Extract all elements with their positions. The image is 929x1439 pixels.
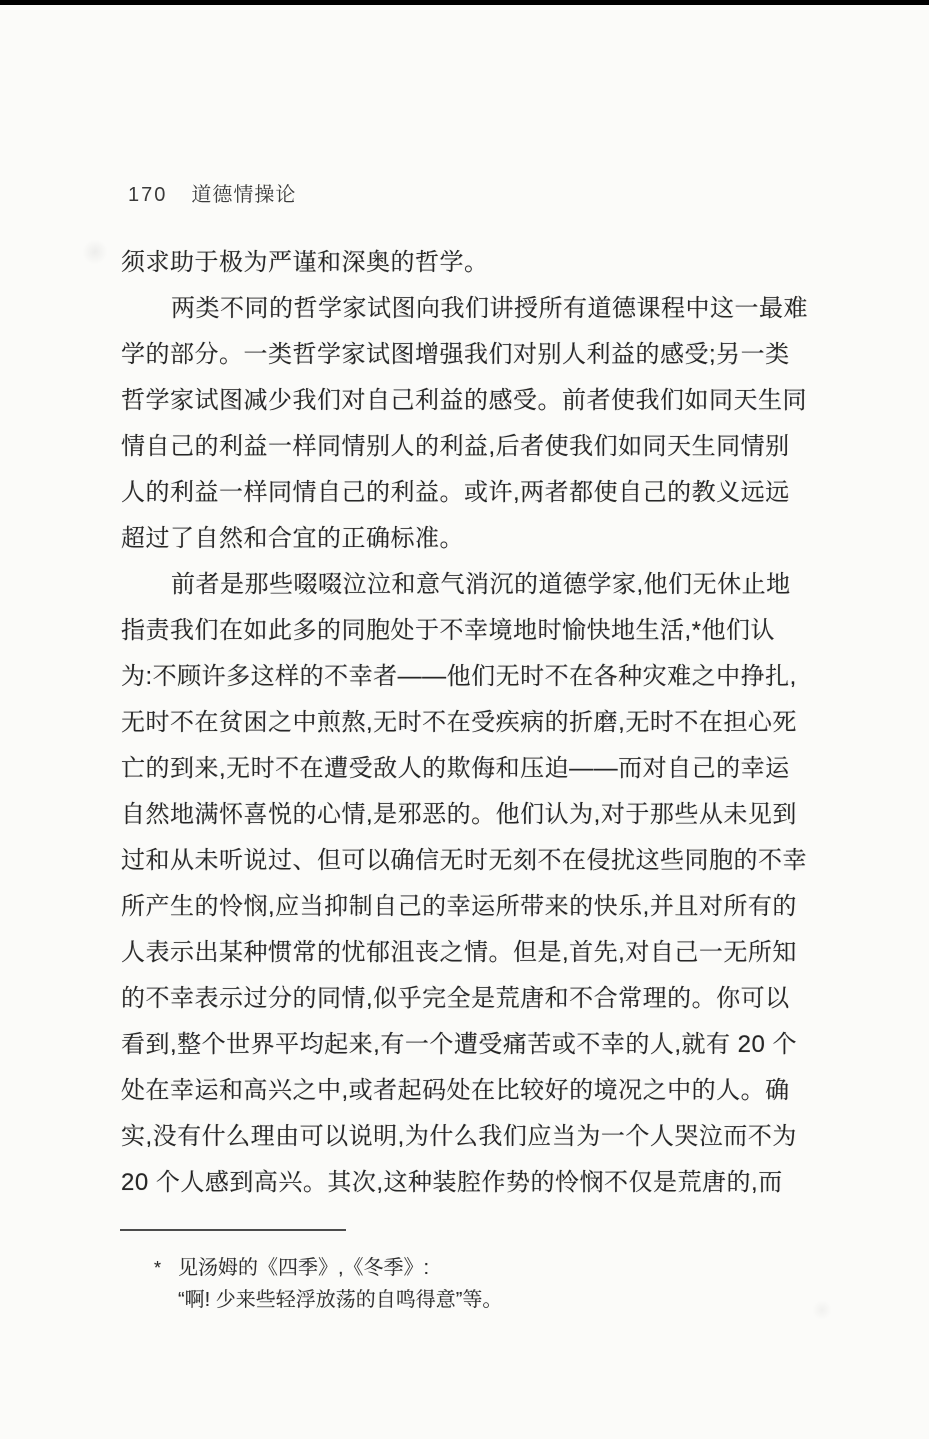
body-line: 超过了自然和合宜的正确标准。: [121, 516, 833, 562]
page-number: 170: [128, 184, 167, 206]
body-line: 过和从未听说过、但可以确信无时无刻不在侵扰这些同胞的不幸: [121, 838, 833, 884]
footnote-separator: [120, 1229, 346, 1231]
body-line: 为:不顾许多这样的不幸者——他们无时不在各种灾难之中挣扎,: [121, 654, 833, 700]
body-line: 亡的到来,无时不在遭受敌人的欺侮和压迫——而对自己的幸运: [121, 746, 833, 792]
body-line: 处在幸运和高兴之中,或者起码处在比较好的境况之中的人。确: [121, 1068, 833, 1114]
book-title: 道德情操论: [191, 184, 296, 206]
footnote-quote: “啊! 少来些轻浮放荡的自鸣得意”等。: [178, 1284, 502, 1316]
body-line: 前者是那些啜啜泣泣和意气消沉的道德学家,他们无休止地: [121, 562, 833, 608]
body-line: 须求助于极为严谨和深奥的哲学。: [121, 240, 833, 286]
body-line: 哲学家试图减少我们对自己利益的感受。前者使我们如同天生同: [121, 378, 833, 424]
body-line: 人表示出某种惯常的忧郁沮丧之情。但是,首先,对自己一无所知: [121, 930, 833, 976]
body-line: 看到,整个世界平均起来,有一个遭受痛苦或不幸的人,就有 20 个: [121, 1022, 833, 1068]
body-line: 学的部分。一类哲学家试图增强我们对别人利益的感受;另一类: [121, 332, 833, 378]
body-line: 指责我们在如此多的同胞处于不幸境地时愉快地生活,*他们认: [121, 608, 833, 654]
body-line: 情自己的利益一样同情别人的利益,后者使我们如同天生同情别: [121, 424, 833, 470]
book-page: 170道德情操论 须求助于极为严谨和深奥的哲学。 两类不同的哲学家试图向我们讲授…: [0, 0, 929, 1439]
footnote-reference-line: *见汤姆的《四季》,《冬季》:: [154, 1252, 502, 1284]
body-line: 无时不在贫困之中煎熬,无时不在受疾病的折磨,无时不在担心死: [121, 700, 833, 746]
footnote: *见汤姆的《四季》,《冬季》: “啊! 少来些轻浮放荡的自鸣得意”等。: [154, 1252, 502, 1316]
body-line: 两类不同的哲学家试图向我们讲授所有道德课程中这一最难: [121, 286, 833, 332]
body-line: 实,没有什么理由可以说明,为什么我们应当为一个人哭泣而不为: [121, 1114, 833, 1160]
body-line: 的不幸表示过分的同情,似乎完全是荒唐和不合常理的。你可以: [121, 976, 833, 1022]
body-text: 须求助于极为严谨和深奥的哲学。 两类不同的哲学家试图向我们讲授所有道德课程中这一…: [121, 240, 833, 1206]
body-line: 所产生的怜悯,应当抑制自己的幸运所带来的快乐,并且对所有的: [121, 884, 833, 930]
footnote-asterisk-marker: *: [154, 1252, 178, 1284]
body-line: 20 个人感到高兴。其次,这种装腔作势的怜悯不仅是荒唐的,而: [121, 1160, 833, 1206]
scan-edge-bar: [0, 0, 929, 5]
page-header: 170道德情操论: [128, 178, 296, 207]
body-line: 自然地满怀喜悦的心情,是邪恶的。他们认为,对于那些从未见到: [121, 792, 833, 838]
footnote-reference: 见汤姆的《四季》,《冬季》:: [178, 1257, 429, 1279]
body-line: 人的利益一样同情自己的利益。或许,两者都使自己的教义远远: [121, 470, 833, 516]
